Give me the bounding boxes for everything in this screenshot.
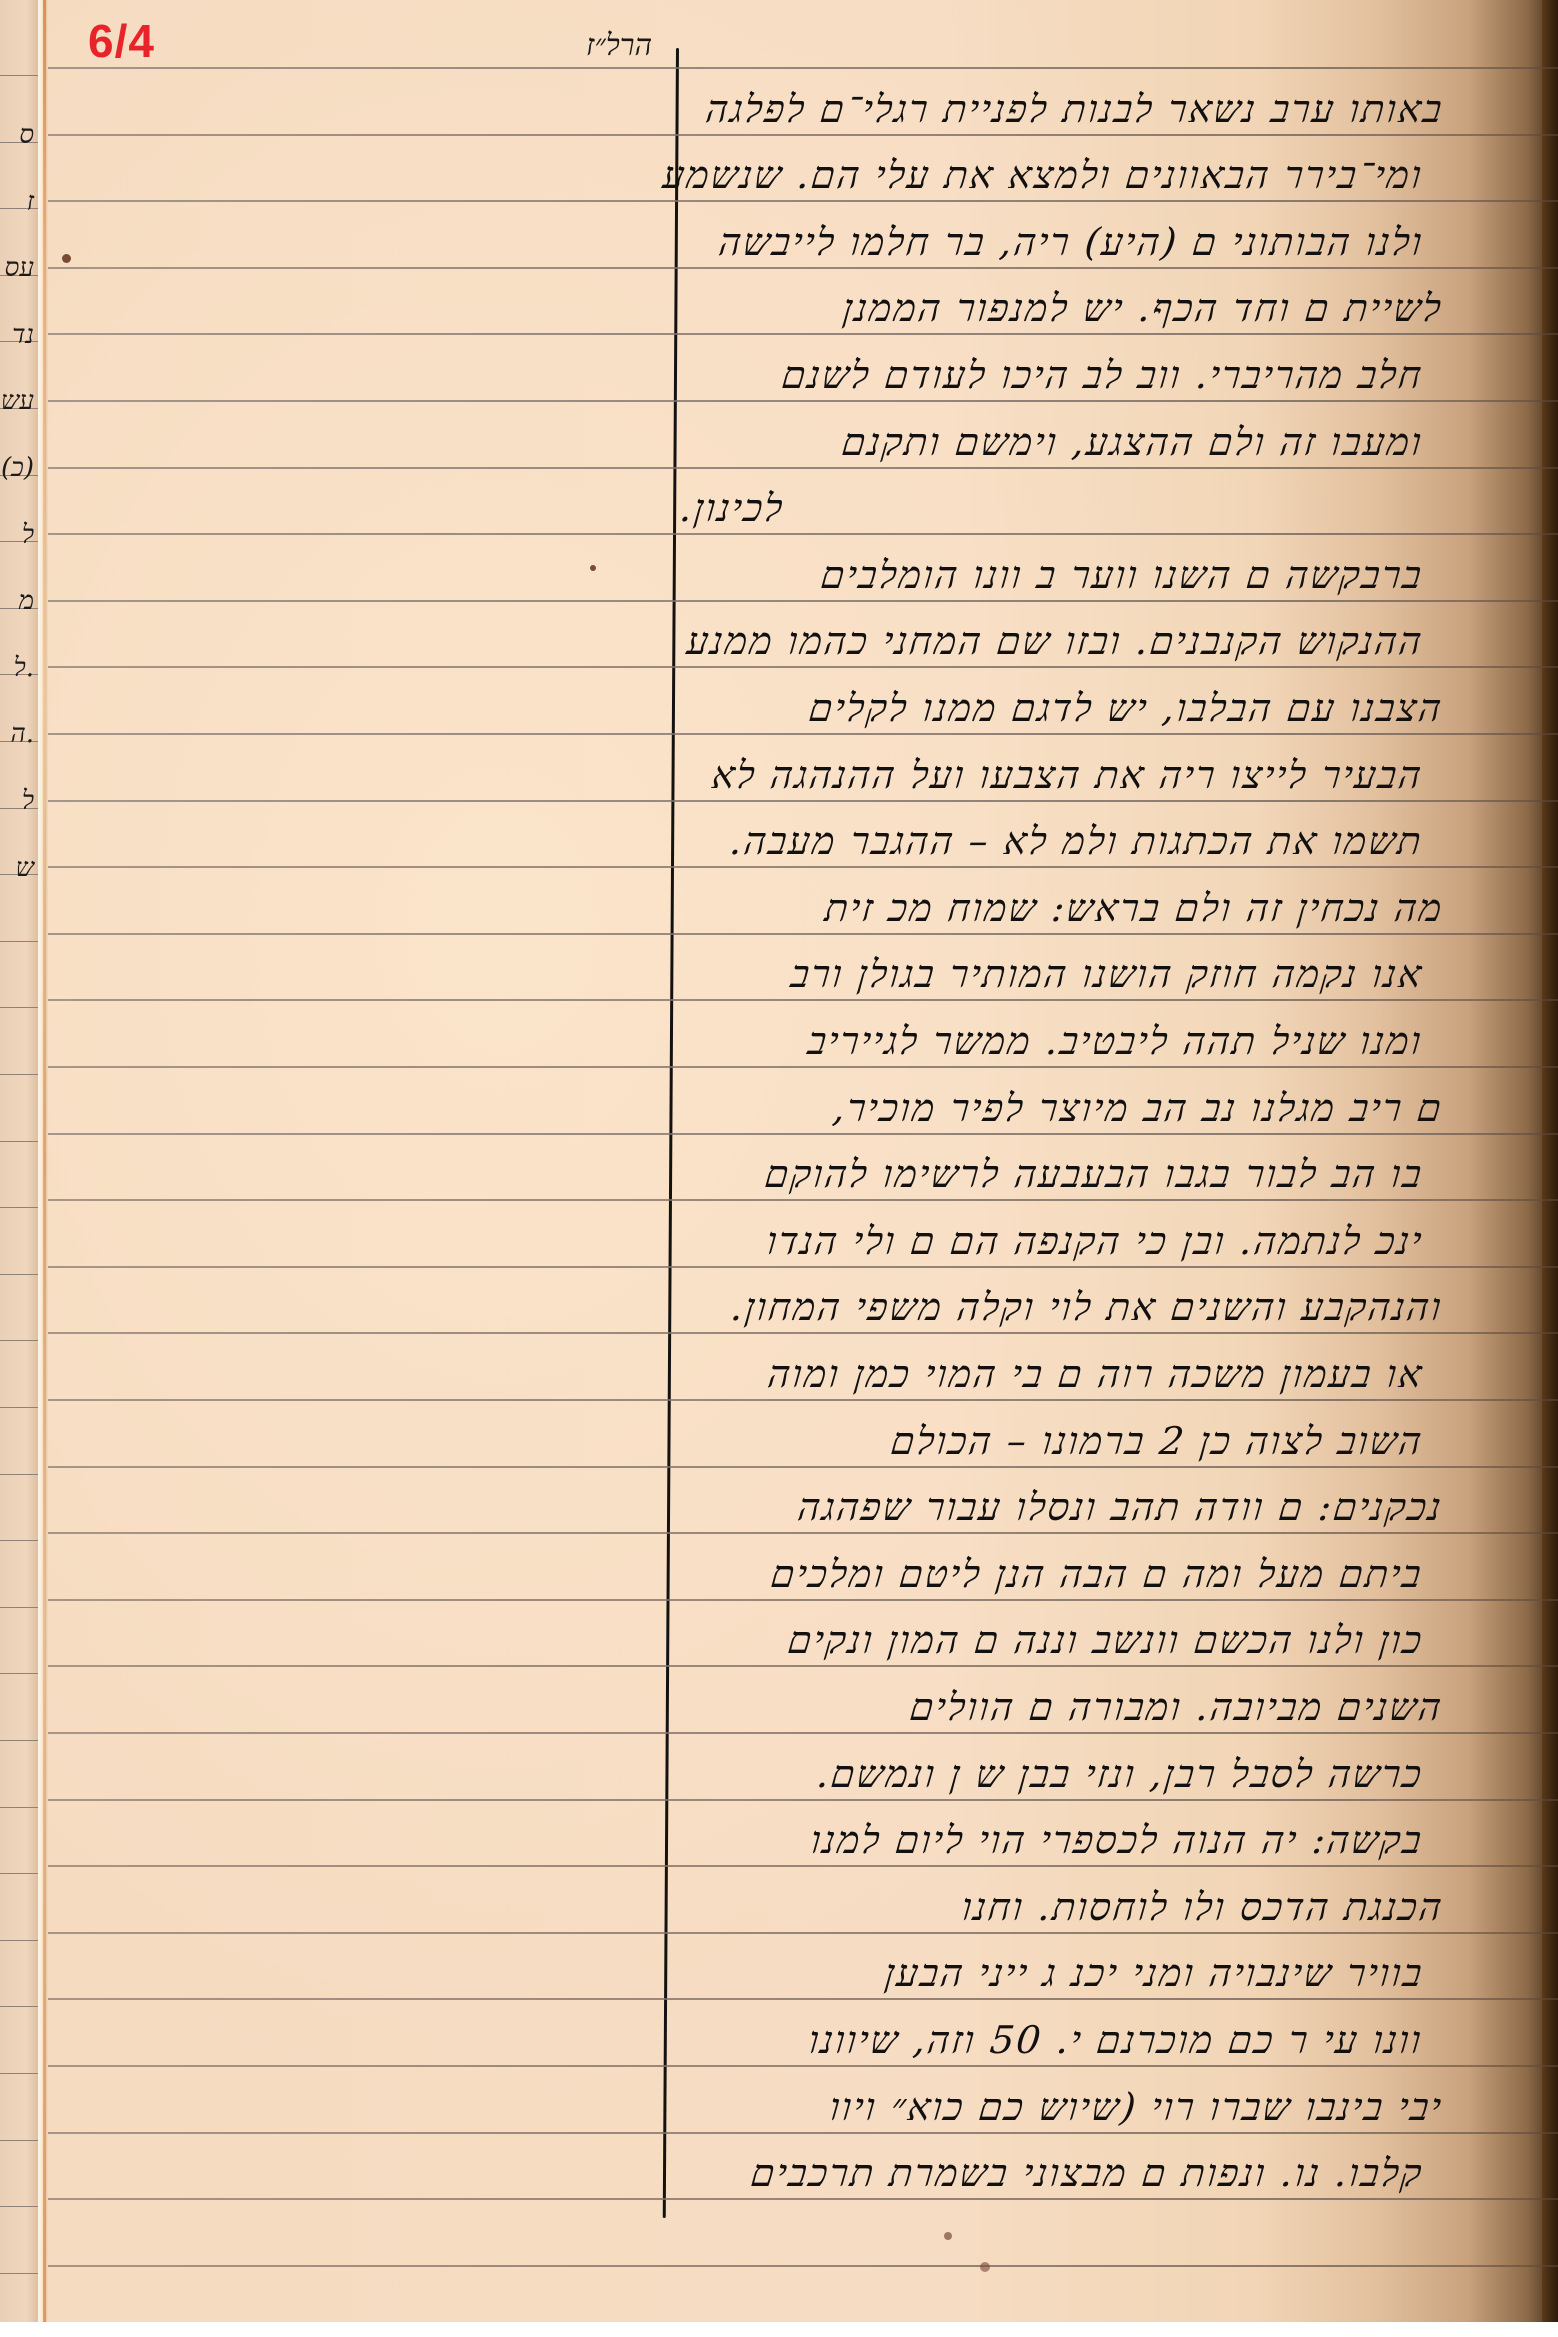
adjacent-ruled-line	[0, 941, 38, 942]
ruled-line	[48, 1332, 1558, 1334]
adjacent-page-letter-fragment: ל	[22, 786, 34, 816]
adjacent-page-letter-fragment: ה.	[11, 719, 35, 749]
handwritten-line: תשמו את הכתגות ולמ לא – ההגבר מעבה.	[728, 816, 1426, 866]
ink-spot	[980, 2262, 990, 2272]
handwritten-line: ולנו הבותוני ם (היע) ריה, בר חלמו לייבשה	[716, 217, 1426, 267]
handwritten-line: יבי בינבו שברו רוי (שיוש כם כוא״ ויוו	[828, 2082, 1446, 2132]
ruled-line	[48, 600, 1558, 602]
handwritten-line: הבעיר לייצו ריה את הצבעו ועל ההנהגה לא	[710, 750, 1426, 800]
handwritten-line: אנו נקמה חוזק הושנו המותיר בגולן ורב	[788, 949, 1425, 999]
adjacent-page-letter-fragment: ז	[27, 187, 34, 217]
handwritten-line: לכינון.	[677, 483, 786, 533]
ruled-line	[48, 2132, 1558, 2134]
adjacent-ruled-line	[0, 2206, 38, 2207]
adjacent-ruled-line	[0, 2273, 38, 2274]
adjacent-ruled-line	[0, 1407, 38, 1408]
handwritten-line: ומנו שניל תהה ליבטיב. ממשר לגייריב	[806, 1016, 1426, 1066]
scanned-notebook-page: סזעסנדעש(כ)למל.ה.לש 6/4 הרל״ז באותו ערב …	[0, 0, 1558, 2322]
handwritten-line: כרשה לסבל רבן, ונזי בבן ש ן ונמשם.	[814, 1749, 1425, 1799]
ruled-line	[48, 1732, 1558, 1734]
adjacent-page-letter-fragment: עש	[1, 386, 34, 416]
handwritten-line: ההנקוש הקנבנים. ובזו שם המחני כהמו ממנע	[684, 616, 1426, 666]
adjacent-page-letter-fragment: ל	[22, 520, 34, 550]
adjacent-ruled-line	[0, 2006, 38, 2007]
handwritten-line: והנהקבע והשנים את לוי וקלה משפי המחון.	[729, 1282, 1446, 1332]
adjacent-ruled-line	[0, 2073, 38, 2074]
adjacent-ruled-line	[0, 1673, 38, 1674]
ruled-line	[48, 1266, 1558, 1268]
handwritten-line: ם ריב מגלנו נב הב מיוצר לפיר מוכיר,	[830, 1083, 1445, 1133]
ruled-line	[48, 733, 1558, 735]
ink-spot	[62, 254, 71, 263]
ruled-line	[48, 1066, 1558, 1068]
handwritten-line: או בעמון משכה רוה ם בי המוי כמן ומוה	[765, 1349, 1426, 1399]
ruled-line	[48, 400, 1558, 402]
ruled-line	[48, 800, 1558, 802]
adjacent-ruled-line	[0, 1474, 38, 1475]
adjacent-page-letter-fragment: מ	[19, 586, 34, 616]
scan-bottom-margin	[0, 2322, 1558, 2337]
adjacent-ruled-line	[0, 1540, 38, 1541]
adjacent-page-edge: סזעסנדעש(כ)למל.ה.לש	[0, 0, 40, 2322]
ruled-line	[48, 1932, 1558, 1934]
adjacent-ruled-line	[0, 1940, 38, 1941]
adjacent-ruled-line	[0, 2140, 38, 2141]
ruled-line	[48, 1466, 1558, 1468]
ruled-line	[48, 2198, 1558, 2200]
ruled-line	[48, 467, 1558, 469]
ink-spot	[944, 2232, 952, 2240]
adjacent-ruled-line	[0, 1207, 38, 1208]
ruled-line	[48, 533, 1558, 535]
adjacent-ruled-line	[0, 1807, 38, 1808]
ruled-line	[48, 1399, 1558, 1401]
ink-spot	[590, 565, 596, 571]
ruled-line	[48, 2265, 1558, 2267]
ruled-line	[48, 67, 1558, 69]
handwritten-line: ברבקשה ם השנו ווער ב וונו הומלבים	[818, 550, 1425, 600]
adjacent-ruled-line	[0, 1740, 38, 1741]
handwritten-line: הצבנו עם הבלבו, יש לדגם ממנו לקלים	[806, 683, 1445, 733]
header-handwritten-note: הרל״ז	[586, 28, 652, 63]
handwritten-line: וונו עי ר כם מוכרנם י. 50 וזה, שיוונו	[807, 2015, 1426, 2065]
ruled-line	[48, 1998, 1558, 2000]
handwritten-line: קלבו. נו. ונפות ם מבצוני בשמרת תרכבים	[748, 2148, 1426, 2198]
ruled-line	[48, 2065, 1558, 2067]
ruled-line	[48, 1133, 1558, 1135]
handwritten-line: בו הב לבור בגבו הבעבעה לרשימו להוקם	[762, 1149, 1425, 1199]
adjacent-page-letter-fragment: ל.	[14, 653, 34, 683]
adjacent-ruled-line	[0, 1141, 38, 1142]
ruled-line	[48, 333, 1558, 335]
ruled-line	[48, 1599, 1558, 1601]
handwritten-line: בקשה: יה הנוה לכספרי הוי ליום למנו	[808, 1815, 1425, 1865]
ruled-line	[48, 1199, 1558, 1201]
handwritten-line: ומי־בירר הבאוונים ולמצא את עלי הם. שנשמע	[660, 150, 1425, 200]
handwritten-line: מה נכחין זה ולם בראש: שמוח מכ זית	[822, 883, 1446, 933]
adjacent-page-letter-fragment: ס	[19, 120, 34, 150]
binding-shadow	[1542, 0, 1558, 2322]
handwritten-line: ינכ לנתמה. ובן כי הקנפה הם ם ולי הנדו	[764, 1216, 1425, 1266]
adjacent-ruled-line	[0, 1607, 38, 1608]
ruled-line	[48, 933, 1558, 935]
adjacent-page-letter-fragment: ש	[16, 853, 34, 883]
ruled-line	[48, 1665, 1558, 1667]
handwritten-line: כון ולנו הכשם וונשב וננה ם המון ונקים	[785, 1615, 1426, 1665]
ruled-line	[48, 134, 1558, 136]
adjacent-ruled-line	[0, 75, 38, 76]
ruled-line	[48, 200, 1558, 202]
handwritten-line: בוויר שינבויה ומני יכנ ג ייני הבען	[882, 1948, 1426, 1998]
handwritten-line: השוב לצוה כן 2 ברמונו – הכולם	[888, 1416, 1425, 1466]
ruled-line	[48, 1865, 1558, 1867]
handwritten-line: השנים מביובה. ומבורה ם הוולים	[908, 1682, 1446, 1732]
handwritten-line: באותו ערב נשאר לבנות לפניית רגלי־ם לפלגה	[703, 84, 1446, 134]
adjacent-ruled-line	[0, 1873, 38, 1874]
ruled-line	[48, 666, 1558, 668]
handwritten-line: ומעבו זה ולם ההצגע, וימשם ותקנם	[839, 417, 1425, 467]
ruled-line	[48, 866, 1558, 868]
handwritten-line: ביתם מעל ומה ם הבה הנן ליטם ומלכים	[769, 1549, 1426, 1599]
handwritten-line: חלב מהריברי. ווב לב היכו לעודם לשנם	[779, 350, 1425, 400]
adjacent-ruled-line	[0, 1274, 38, 1275]
ruled-line	[48, 1799, 1558, 1801]
ruled-line	[48, 999, 1558, 1001]
page-number-label: 6/4	[88, 14, 155, 68]
adjacent-ruled-line	[0, 1340, 38, 1341]
ruled-line	[48, 1532, 1558, 1534]
ruled-line	[48, 267, 1558, 269]
adjacent-page-letter-fragment: עס	[4, 253, 34, 283]
handwritten-line: לשיית ם וחד הכף. יש למנפור הממנן	[841, 283, 1446, 333]
adjacent-page-letter-fragment: (כ)	[1, 453, 34, 483]
handwritten-line: הכנגת הדכס ולו לוחסות. וחנו	[959, 1882, 1446, 1932]
binding-stain	[43, 0, 46, 2322]
adjacent-page-letter-fragment: נד	[12, 320, 34, 350]
handwritten-line: נכקנים: ם וודה תהב ונסלו עבור שפהגה	[796, 1482, 1446, 1532]
adjacent-ruled-line	[0, 1007, 38, 1008]
adjacent-ruled-line	[0, 1074, 38, 1075]
